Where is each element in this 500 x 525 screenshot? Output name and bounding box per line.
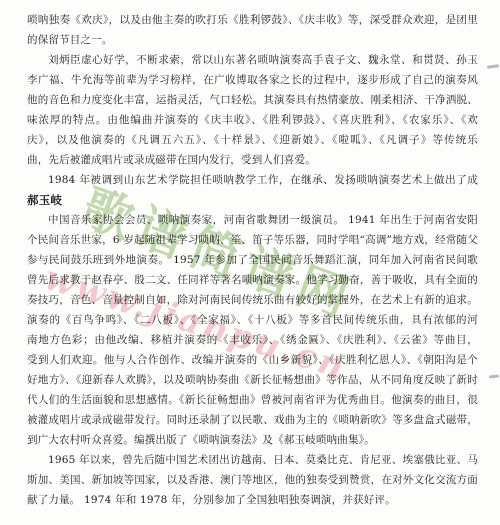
text-line: 参与民间鼓乐班到外地演奏。 1957 年参加了全国民间音乐舞蹈汇演，同年加入河南… bbox=[27, 250, 478, 270]
section-heading: 郝玉岐 bbox=[27, 190, 478, 210]
text-line: 1965 年以来，曾先后随中国艺术团出访越南、日本、莫桑比克、肯尼亚、埃塞俄比亚… bbox=[27, 450, 478, 470]
text-line: 唢呐独奏《欢庆》，以及由他主奏的吹打乐《胜利锣鼓》、《庆丰收》等，深受群众欢迎，… bbox=[27, 10, 478, 30]
text-line: 曲，先后被灌成唱片或录成磁带在国内发行，受到人们喜爱。 bbox=[27, 150, 478, 170]
text-line: 中国音乐家协会会员、唢呐演奏家，河南省歌舞团一级演员。 1941 年出生于河南省… bbox=[27, 210, 478, 230]
document-text: 唢呐独奏《欢庆》，以及由他主奏的吹打乐《胜利锣鼓》、《庆丰收》等，深受群众欢迎，… bbox=[27, 10, 478, 510]
text-line: 李广福、牛允海等前辈为学习榜样，在广收博取各家之长的过程中，逐步形成了自己的演奏… bbox=[27, 70, 478, 90]
scan-artifact-mark bbox=[489, 374, 499, 378]
text-line: 庆》，以及他演奏的《凡调五六五》、《十样景》、《迎新娘》、《啦呱》、《凡调子》等… bbox=[27, 130, 478, 150]
text-line: 味浓厚的特点。由他编曲并演奏的《庆丰收》、《胜利锣鼓》、《喜庆胜利》、《农家乐》… bbox=[27, 110, 478, 130]
text-line: 曾先后求教于赵春亭、殷二文、任同祥等著名唢呐演奏家。他学习勤奋，善于吸收，具有全… bbox=[27, 270, 478, 290]
text-line: 刘炳臣虚心好学，不断求索，常以山东著名唢呐演奏高手袁子文、魏永堂、和贯贤、孙玉秀… bbox=[27, 50, 478, 70]
text-line: 南地方色彩；由他改编、移植并演奏的《丰收乐》、《绣金匾》、《庆胜利》、《云雀》等… bbox=[27, 330, 478, 350]
text-line: 奏技巧，音色、音量控制自如，除对河南民间传统乐曲有较好的掌握外，在艺术上有新的追… bbox=[27, 290, 478, 310]
scanned-document-page: 歌谱简谱网 www.jianpu.cn 唢呐独奏《欢庆》，以及由他主奏的吹打乐《… bbox=[0, 0, 500, 525]
text-line: 个民间音乐世家，6 岁起随祖辈学习唢呐、笙、笛子等乐器，同时学唱“高调”地方戏，… bbox=[27, 230, 478, 250]
text-line: 他的音色和力度变化丰富，运指灵活，气口轻松。其演奏具有热情豪放、刚柔相济、干净洒… bbox=[27, 90, 478, 110]
text-line: 受到人们欢迎。他与人合作创作、改编并演奏的《山乡新貌》、《庆胜利忆恩人》、《朝阳… bbox=[27, 350, 478, 370]
text-line: 演奏的《百鸟争鸣》、《二八板》、《全家福》、《十八板》等多首民间传统乐曲，具有浓… bbox=[27, 310, 478, 330]
text-line: 代人们的生活面貌和思想感情。《新长征畅想曲》曾被河南省评为优秀曲目。他演奏的曲目… bbox=[27, 390, 478, 410]
text-line: 斯加、美国、新加坡等国家，以及香港、澳门等地区，他的独奏受到赞赏，在对外文化交流… bbox=[27, 470, 478, 490]
text-line: 到广大农村听众喜爱。编撰出版了《唢呐演奏法》及《郝玉岐唢呐曲集》。 bbox=[27, 430, 478, 450]
text-line: 好地方》、《迎新春人欢腾》，以及唢呐协奏曲《新长征畅想曲》等作品，从不同角度反映… bbox=[27, 370, 478, 390]
text-line: 献了力量。 1974 年和 1978 年，分别参加了全国独唱独奏调演，并获好评。 bbox=[27, 490, 478, 510]
text-line: 被灌成唱片或录成磁带发行。同时还录制了以民歌、戏曲为主的《唢呐新吹》等多盘盒式磁… bbox=[27, 410, 478, 430]
text-line: 的保留节目之一。 bbox=[27, 30, 478, 50]
text-line: 1984 年被调到山东艺术学院担任唢呐教学工作，在继承、发扬唢呐演奏艺术上做出了… bbox=[27, 170, 478, 190]
scan-artifact-mark bbox=[487, 64, 499, 69]
